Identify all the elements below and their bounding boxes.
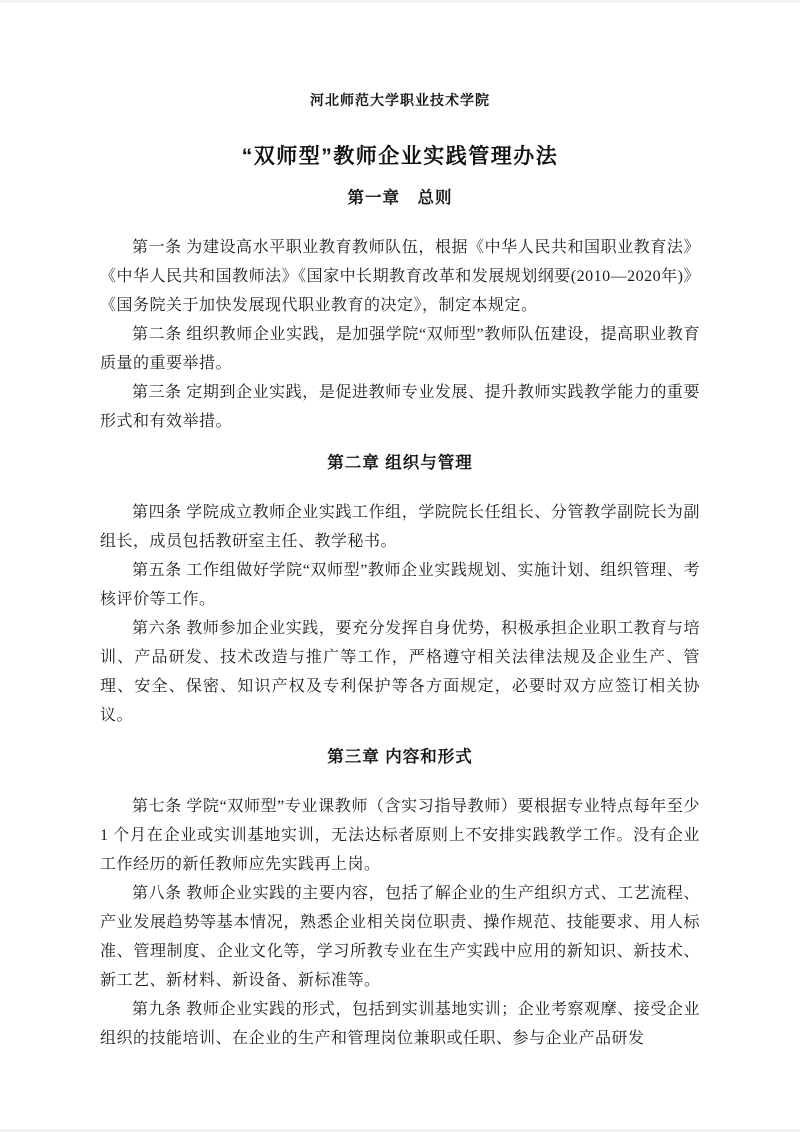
article-7-paragraph: 第七条 学院“双师型”专业课教师（含实习指导教师）要根据专业特点每年至少 1 个… bbox=[100, 792, 700, 879]
document-page: 河北师范大学职业技术学院 “双师型”教师企业实践管理办法 第一章 总则 第一条 … bbox=[0, 0, 800, 1132]
article-5-paragraph: 第五条 工作组做好学院“双师型”教师企业实践规划、实施计划、组织管理、考核评价等… bbox=[100, 556, 700, 614]
article-8-paragraph: 第八条 教师企业实践的主要内容，包括了解企业的生产组织方式、工艺流程、产业发展趋… bbox=[100, 879, 700, 995]
page-edge-top bbox=[0, 0, 800, 3]
article-9-paragraph: 第九条 教师企业实践的形式，包括到实训基地实训；企业考察观摩、接受企业组织的技能… bbox=[100, 995, 700, 1053]
chapter-3-heading: 第三章 内容和形式 bbox=[100, 746, 700, 768]
document-title: “双师型”教师企业实践管理办法 bbox=[100, 142, 700, 171]
article-3-paragraph: 第三条 定期到企业实践，是促进教师专业发展、提升教师实践教学能力的重要形式和有效… bbox=[100, 378, 700, 436]
article-1-paragraph: 第一条 为建设高水平职业教育教师队伍，根据《中华人民共和国职业教育法》《中华人民… bbox=[100, 233, 700, 320]
institution-name: 河北师范大学职业技术学院 bbox=[100, 90, 700, 110]
article-6-paragraph: 第六条 教师参加企业实践，要充分发挥自身优势，积极承担企业职工教育与培训、产品研… bbox=[100, 614, 700, 730]
article-4-paragraph: 第四条 学院成立教师企业实践工作组，学院院长任组长、分管教学副院长为副组长，成员… bbox=[100, 498, 700, 556]
article-2-paragraph: 第二条 组织教师企业实践，是加强学院“双师型”教师队伍建设，提高职业教育质量的重… bbox=[100, 320, 700, 378]
chapter-1-heading: 第一章 总则 bbox=[100, 187, 700, 209]
chapter-2-heading: 第二章 组织与管理 bbox=[100, 452, 700, 474]
